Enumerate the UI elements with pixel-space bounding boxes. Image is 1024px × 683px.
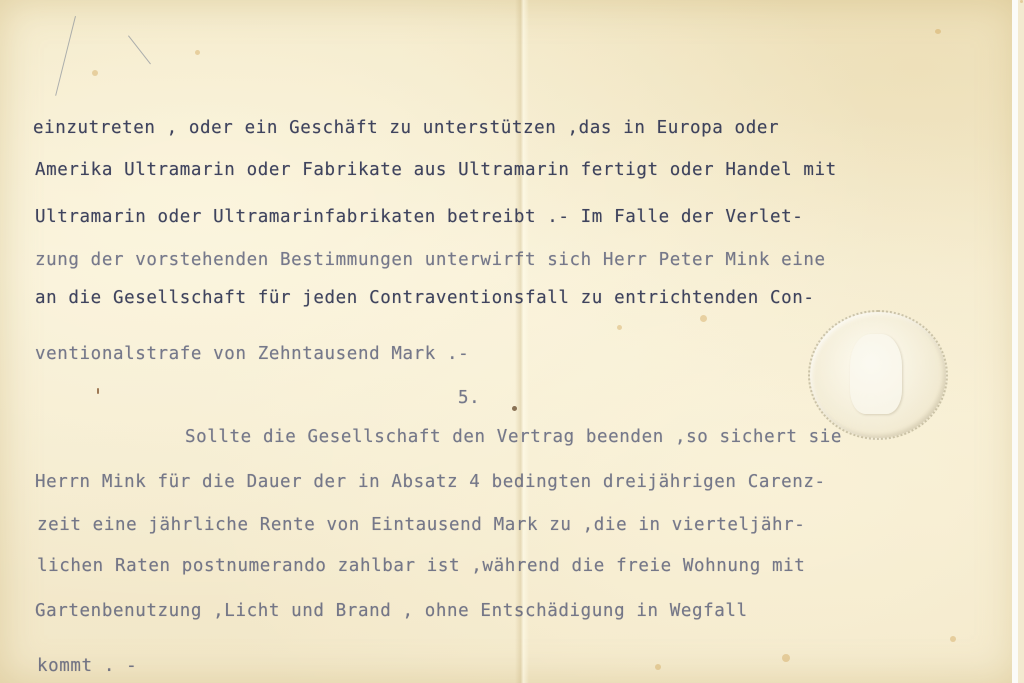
foxing-stain (97, 388, 99, 394)
foxing-stain (1020, 0, 1023, 3)
text-line: an die Gesellschaft für jeden Contravent… (35, 288, 815, 308)
text-line: Amerika Ultramarin oder Fabrikate aus Ul… (35, 160, 837, 180)
section-number: 5. (458, 388, 480, 408)
embossed-seal (808, 310, 948, 440)
foxing-stain (512, 406, 517, 411)
paper-edge (1012, 0, 1018, 683)
text-line: lichen Raten postnumerando zahlbar ist ,… (37, 556, 805, 576)
document-page: einzutreten , oder ein Geschäft zu unter… (0, 0, 1018, 683)
foxing-stain (92, 70, 98, 76)
pencil-mark (128, 35, 151, 64)
text-line: einzutreten , oder ein Geschäft zu unter… (33, 118, 779, 138)
text-line: kommt . - (37, 656, 137, 676)
foxing-stain (700, 315, 707, 322)
pencil-mark (55, 16, 76, 96)
text-line: zeit eine jährliche Rente von Eintausend… (37, 515, 805, 535)
foxing-stain (950, 636, 956, 642)
foxing-stain (935, 29, 941, 34)
text-line: ventionalstrafe von Zehntausend Mark .- (35, 344, 469, 364)
foxing-stain (195, 50, 200, 55)
text-line: Gartenbenutzung ,Licht und Brand , ohne … (35, 601, 748, 621)
text-line: Herrn Mink für die Dauer der in Absatz 4… (35, 472, 826, 492)
foxing-stain (655, 664, 661, 670)
foxing-stain (782, 654, 790, 662)
text-line: Sollte die Gesellschaft den Vertrag been… (185, 427, 842, 447)
foxing-stain (617, 325, 622, 330)
text-line: Ultramarin oder Ultramarinfabrikaten bet… (35, 207, 803, 227)
paper-fold-crease (515, 0, 529, 683)
text-line: zung der vorstehenden Bestimmungen unter… (35, 250, 826, 270)
seal-seated-figure-icon (850, 334, 902, 414)
